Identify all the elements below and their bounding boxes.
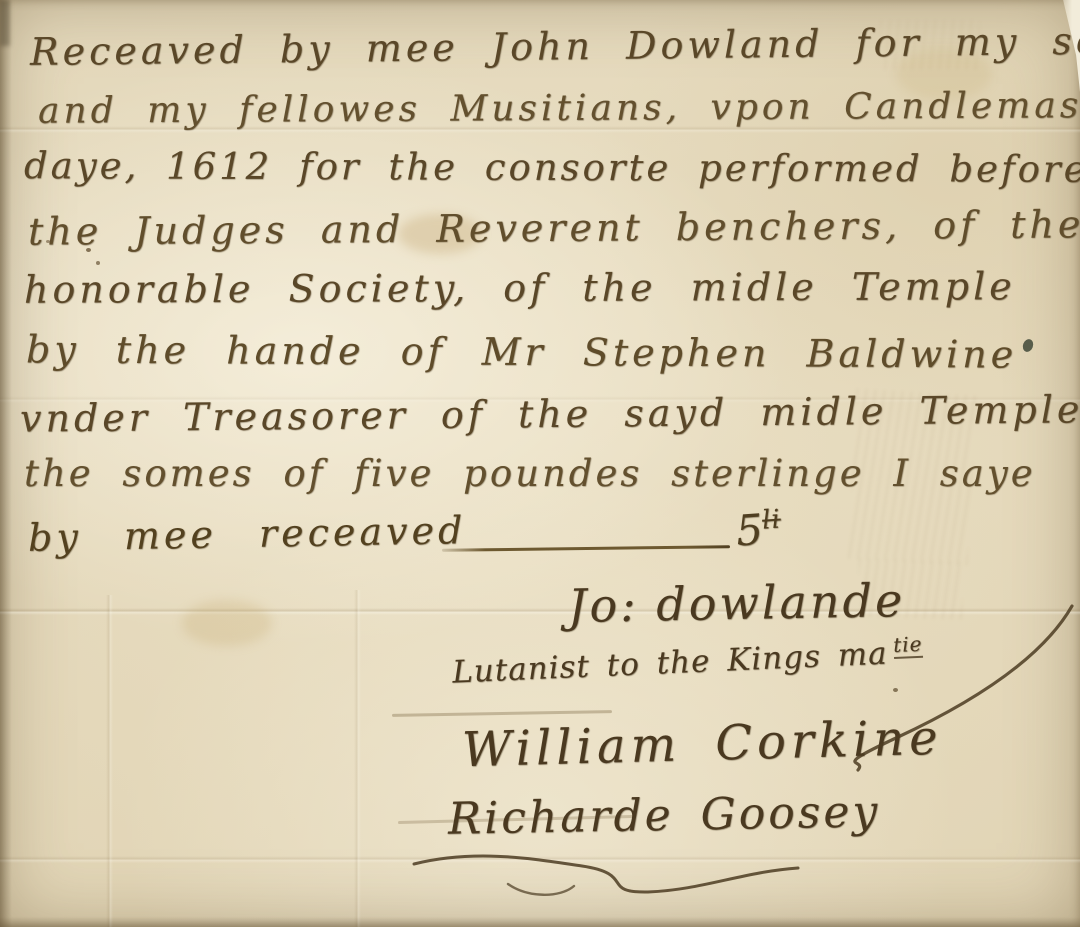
ink-speck: [96, 261, 100, 265]
signature-john-dowland: Jo: dowlande: [568, 573, 906, 633]
amount-five-pounds: 5li: [734, 503, 783, 555]
manuscript-line-7: vnder Treasorer of the sayd midle Temple: [20, 387, 1080, 440]
signature-dowland-title: Lutanist to the Kings matie: [451, 632, 923, 691]
fold-crease-vertical: [106, 595, 113, 927]
manuscript-line-9: by mee receaved: [28, 508, 467, 560]
ink-speck: [893, 688, 898, 692]
goosey-paraph-loop: [508, 884, 574, 895]
manuscript-line-3: daye, 1612 for the consorte performed be…: [24, 144, 1080, 191]
manuscript-line-2: and my fellowes Musitians, vpon Candlema…: [38, 85, 1080, 131]
paper-stain: [182, 600, 272, 646]
paper-corner-shadow: [0, 0, 10, 46]
manuscript-line-6: by the hande of Mr Stephen Baldwine: [26, 327, 1017, 376]
manuscript-line-5: honorable Society, of the midle Temple: [24, 264, 1016, 311]
crease-mark: [392, 710, 612, 717]
ink-speck: [1021, 338, 1035, 354]
fold-crease-horizontal: [0, 856, 1080, 863]
dowland-title-superscript: tie: [893, 632, 923, 659]
signature-richarde-goosey: Richarde Goosey: [448, 786, 881, 845]
dowland-title-text: Lutanist to the Kings ma: [451, 636, 888, 691]
signature-william-corkine: William Corkine: [461, 710, 943, 779]
manuscript-photo: Receaved by mee John Dowland for my self…: [0, 0, 1080, 927]
fold-crease-vertical: [354, 590, 361, 927]
manuscript-line-4: the Judges and Reverent benchers, of the: [28, 202, 1080, 253]
tally-dash-line: [442, 545, 730, 552]
paper-edge-shadow: [0, 0, 12, 927]
amount-unit-li: li: [761, 504, 782, 535]
manuscript-line-8: the somes of five poundes sterlinge I sa…: [24, 452, 1036, 495]
paper-edge-shadow: [0, 917, 1080, 927]
amount-value: 5: [734, 505, 764, 556]
